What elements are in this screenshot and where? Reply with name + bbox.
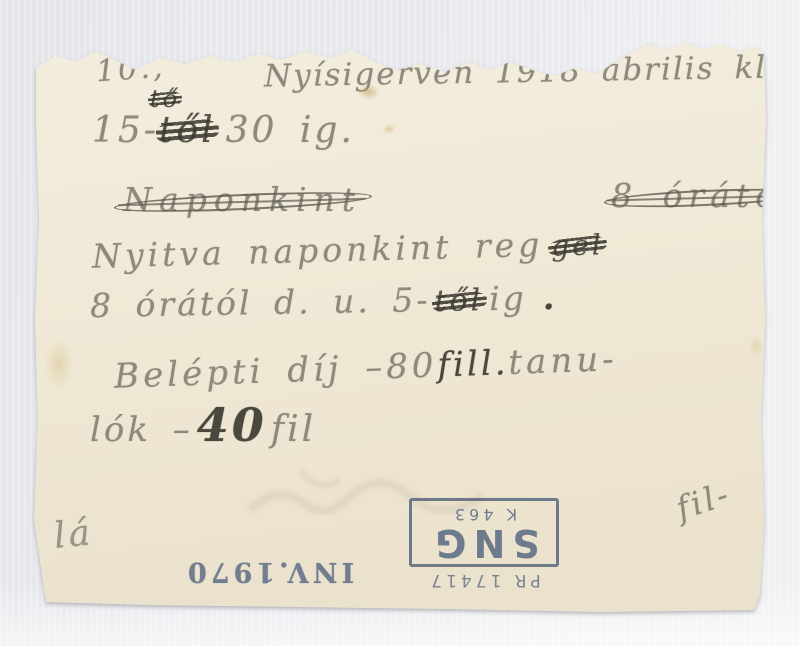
note-line6-suffix: tanu-	[508, 339, 619, 383]
note-line7-number: 40	[197, 398, 267, 452]
note-line5-text: 8 órától d. u. 5-	[90, 280, 431, 325]
note-line7-prefix: lók –	[90, 410, 193, 450]
gallery-stamp-group: PR 17417 SNG K 463	[406, 498, 562, 590]
scribbled-word-small: tő	[150, 85, 180, 113]
inventory-stamp: INV.1970	[184, 556, 354, 587]
note-line2-prefix: 15-	[92, 110, 159, 151]
scribbled-word-line4: gel	[551, 228, 604, 262]
stain-spot	[382, 124, 396, 134]
stain-spot	[44, 338, 74, 390]
corner-pencil-mark: lá	[52, 512, 95, 557]
note-line6-dark-word: fill.	[437, 343, 509, 385]
note-line7-suffix: fil	[271, 409, 316, 450]
note-line6-prefix: Belépti díj –80	[113, 346, 438, 397]
note-line5-period: .	[543, 278, 558, 317]
sng-stamp-box: SNG K 463	[409, 498, 559, 567]
stamp-pr-number: PR 17417	[427, 570, 541, 590]
note-line2-suffix: 30 ig.	[226, 110, 355, 151]
sng-stamp-work-number: K 463	[422, 505, 546, 524]
stain-spot	[748, 336, 764, 358]
scribbled-word: től	[159, 110, 216, 151]
margin-note-right: fil-	[671, 474, 735, 527]
scribbled-word-line5: től	[434, 283, 483, 319]
scan-background: 10., Nyísigerven 1918 ábrilis kl. tő 15-…	[0, 0, 800, 646]
note-line4-text: Nyitva naponkint reg	[92, 225, 544, 276]
crossed-out-word-a: Naponkint	[123, 180, 362, 219]
ink-layer: 10., Nyísigerven 1918 ábrilis kl. tő 15-…	[0, 0, 800, 646]
sng-stamp-code: SNG	[422, 524, 546, 562]
note-line5-suffix: ig	[489, 278, 527, 318]
